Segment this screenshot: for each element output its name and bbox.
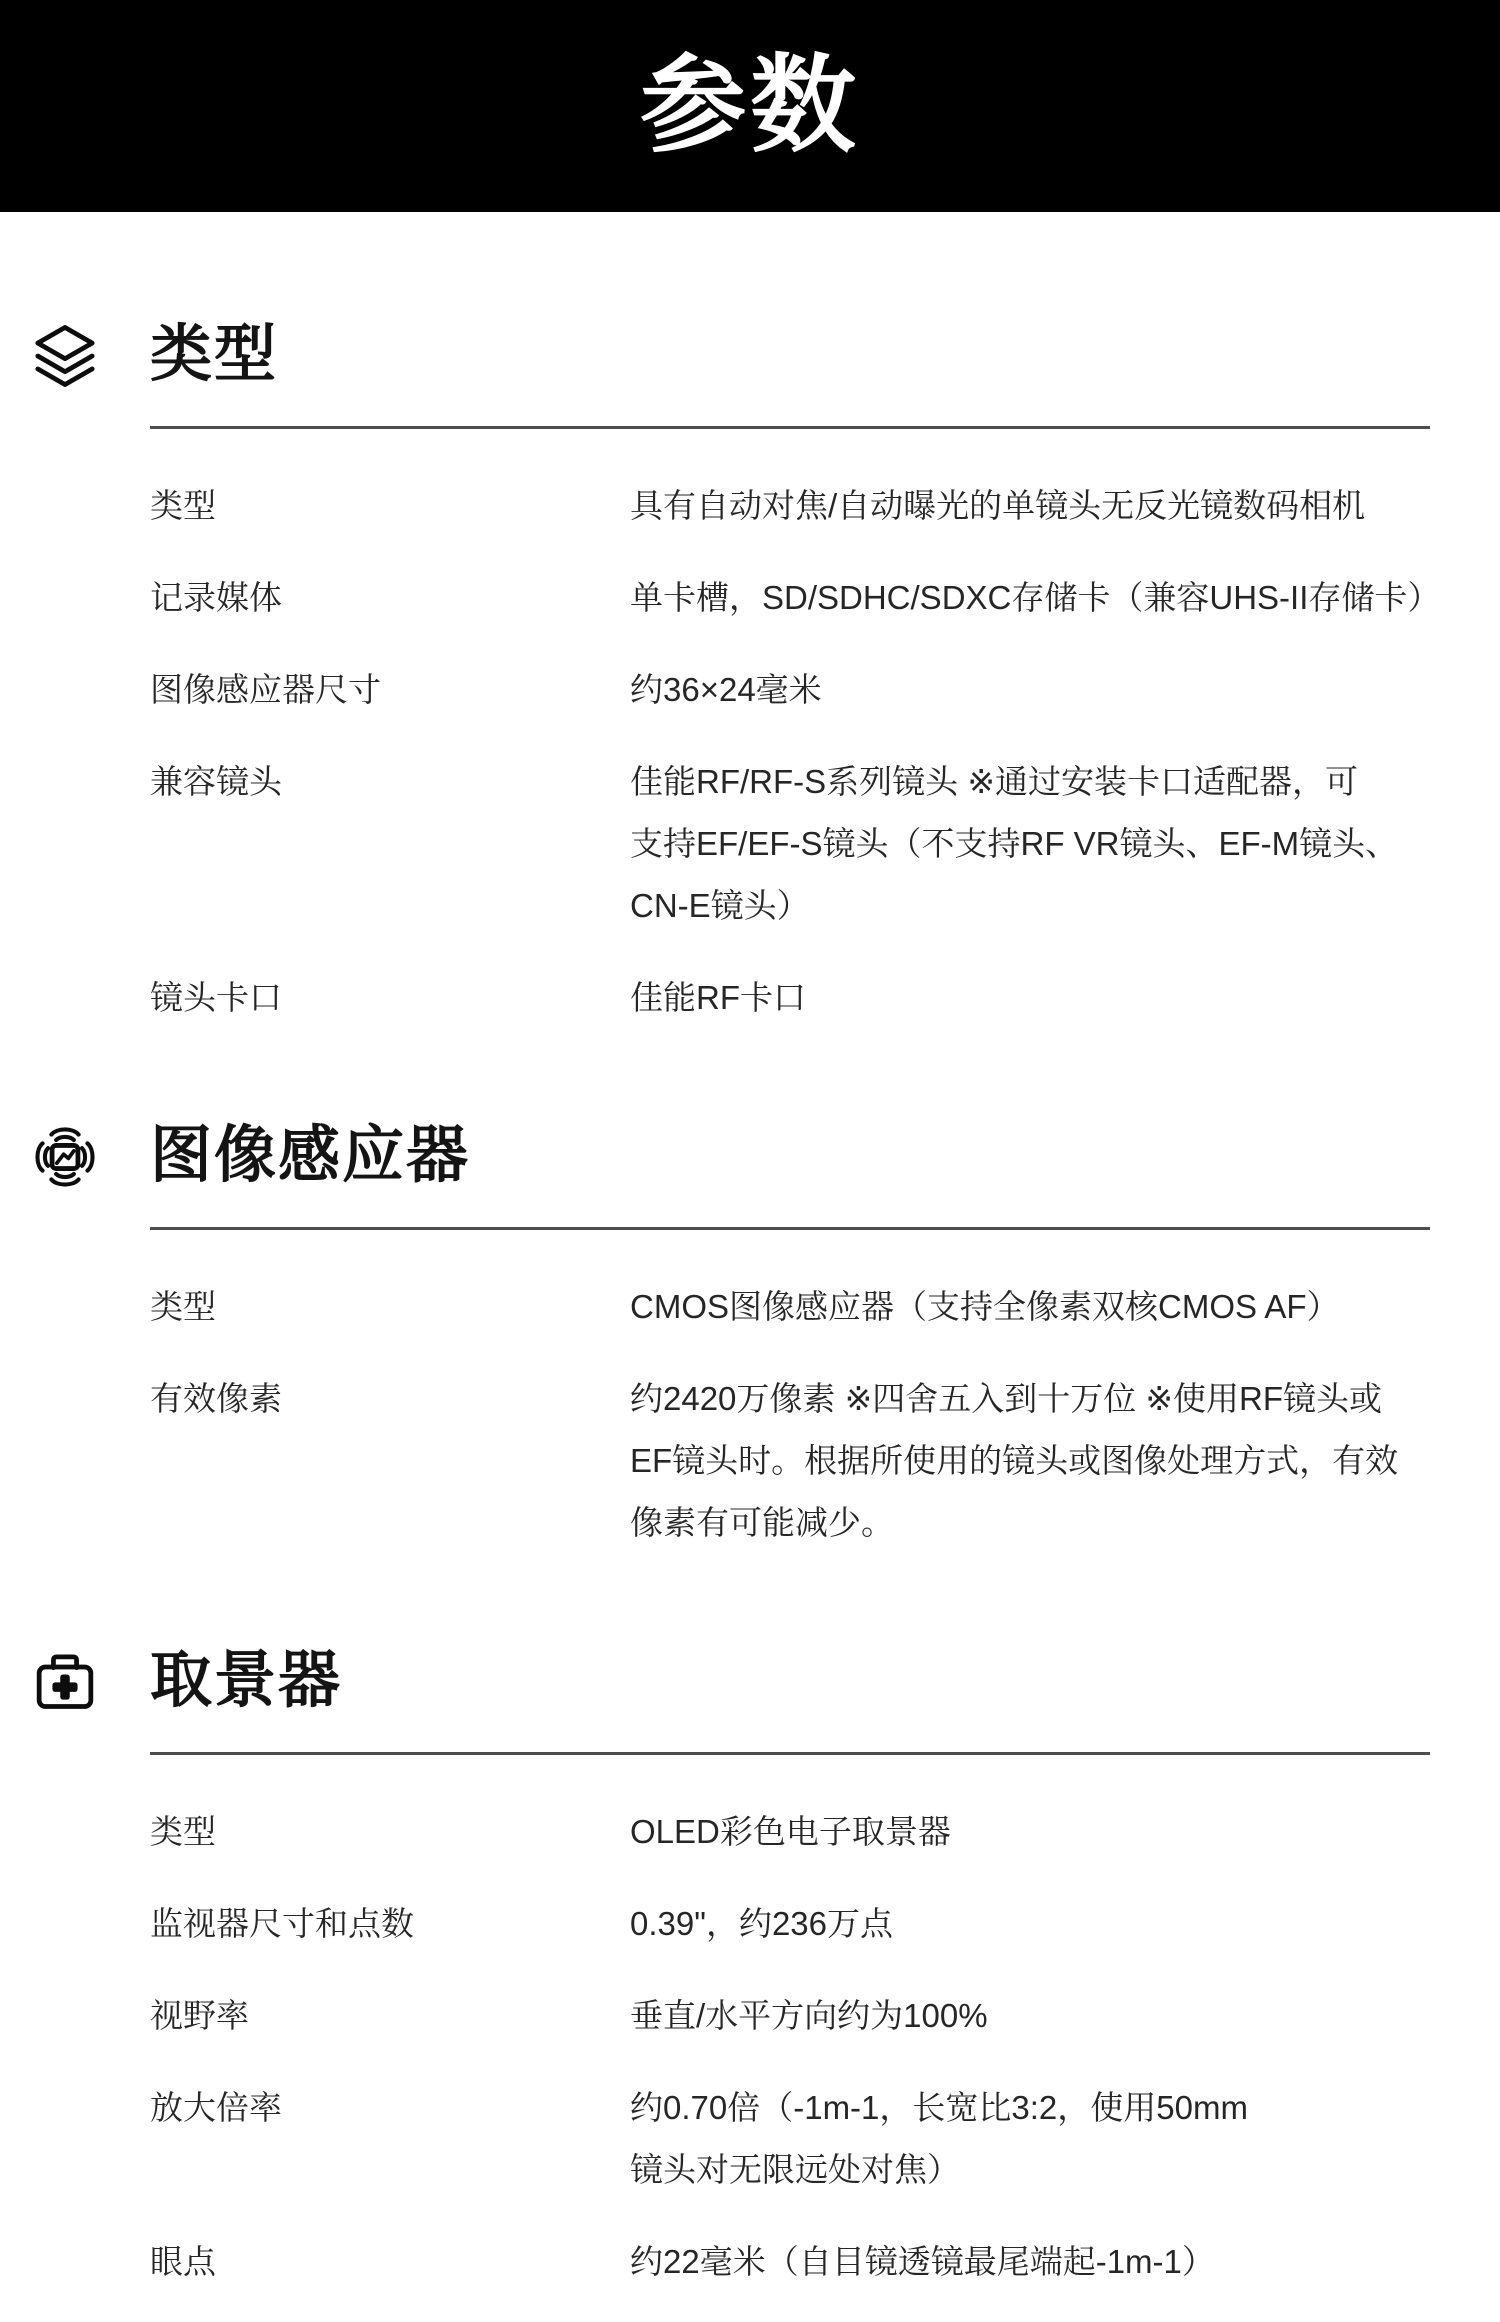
spec-label: 眼点 [150, 2231, 630, 2293]
spec-label: 有效像素 [150, 1368, 630, 1554]
spec-sections: 类型 类型 具有自动对焦/自动曝光的单镜头无反光镜数码相机 记录媒体 单卡槽，S… [0, 212, 1500, 2293]
spec-label: 记录媒体 [150, 567, 630, 629]
spec-value: 0.39"，约236万点 [630, 1893, 1430, 1955]
spec-row: 类型 OLED彩色电子取景器 [150, 1801, 1430, 1863]
spec-row: 图像感应器尺寸 约36×24毫米 [150, 659, 1430, 721]
spec-table: 类型 CMOS图像感应器（支持全像素双核CMOS AF） 有效像素 约2420万… [150, 1276, 1430, 1554]
layers-icon [31, 322, 99, 390]
spec-value: 约0.70倍（-1m-1，长宽比3:2，使用50mm 镜头对无限远处对焦） [630, 2077, 1430, 2201]
spec-value: 约2420万像素 ※四舍五入到十万位 ※使用RF镜头或 EF镜头时。根据所使用的… [630, 1368, 1430, 1554]
spec-label: 类型 [150, 475, 630, 537]
spec-label: 类型 [150, 1801, 630, 1863]
camera-plus-icon [31, 1648, 99, 1716]
spec-label: 视野率 [150, 1985, 630, 2047]
sensor-icon [31, 1123, 99, 1191]
section-title: 图像感应器 [150, 1119, 1430, 1193]
spec-value: 单卡槽，SD/SDHC/SDXC存储卡（兼容UHS-II存储卡） [630, 567, 1430, 629]
spec-row: 类型 具有自动对焦/自动曝光的单镜头无反光镜数码相机 [150, 475, 1430, 537]
spec-label: 兼容镜头 [150, 751, 630, 937]
section-divider [150, 426, 1430, 429]
spec-label: 放大倍率 [150, 2077, 630, 2201]
spec-row: 类型 CMOS图像感应器（支持全像素双核CMOS AF） [150, 1276, 1430, 1338]
section-divider [150, 1227, 1430, 1230]
spec-value: 垂直/水平方向约为100% [630, 1985, 1430, 2047]
spec-row: 监视器尺寸和点数 0.39"，约236万点 [150, 1893, 1430, 1955]
spec-table: 类型 具有自动对焦/自动曝光的单镜头无反光镜数码相机 记录媒体 单卡槽，SD/S… [150, 475, 1430, 1029]
spec-section: 类型 类型 具有自动对焦/自动曝光的单镜头无反光镜数码相机 记录媒体 单卡槽，S… [0, 318, 1500, 1029]
spec-section: 取景器 类型 OLED彩色电子取景器 监视器尺寸和点数 0.39"，约236万点… [0, 1644, 1500, 2293]
spec-label: 图像感应器尺寸 [150, 659, 630, 721]
spec-value: 约22毫米（自目镜透镜最尾端起-1m-1） [630, 2231, 1430, 2293]
spec-label: 监视器尺寸和点数 [150, 1893, 630, 1955]
spec-row: 放大倍率 约0.70倍（-1m-1，长宽比3:2，使用50mm 镜头对无限远处对… [150, 2077, 1430, 2201]
spec-table: 类型 OLED彩色电子取景器 监视器尺寸和点数 0.39"，约236万点 视野率… [150, 1801, 1430, 2293]
spec-section: 图像感应器 类型 CMOS图像感应器（支持全像素双核CMOS AF） 有效像素 … [0, 1119, 1500, 1554]
spec-value: 佳能RF卡口 [630, 967, 1430, 1029]
page-header: 参数 [0, 0, 1500, 212]
spec-row: 镜头卡口 佳能RF卡口 [150, 967, 1430, 1029]
spec-row: 有效像素 约2420万像素 ※四舍五入到十万位 ※使用RF镜头或 EF镜头时。根… [150, 1368, 1430, 1554]
spec-value: CMOS图像感应器（支持全像素双核CMOS AF） [630, 1276, 1430, 1338]
spec-row: 记录媒体 单卡槽，SD/SDHC/SDXC存储卡（兼容UHS-II存储卡） [150, 567, 1430, 629]
spec-value: 具有自动对焦/自动曝光的单镜头无反光镜数码相机 [630, 475, 1430, 537]
section-title: 取景器 [150, 1644, 1430, 1718]
spec-label: 类型 [150, 1276, 630, 1338]
spec-row: 眼点 约22毫米（自目镜透镜最尾端起-1m-1） [150, 2231, 1430, 2293]
spec-value: OLED彩色电子取景器 [630, 1801, 1430, 1863]
spec-value: 约36×24毫米 [630, 659, 1430, 721]
page-title: 参数 [640, 53, 860, 159]
spec-row: 视野率 垂直/水平方向约为100% [150, 1985, 1430, 2047]
spec-value: 佳能RF/RF-S系列镜头 ※通过安装卡口适配器，可 支持EF/EF-S镜头（不… [630, 751, 1430, 937]
spec-row: 兼容镜头 佳能RF/RF-S系列镜头 ※通过安装卡口适配器，可 支持EF/EF-… [150, 751, 1430, 937]
section-title: 类型 [150, 318, 1430, 392]
section-divider [150, 1752, 1430, 1755]
spec-label: 镜头卡口 [150, 967, 630, 1029]
